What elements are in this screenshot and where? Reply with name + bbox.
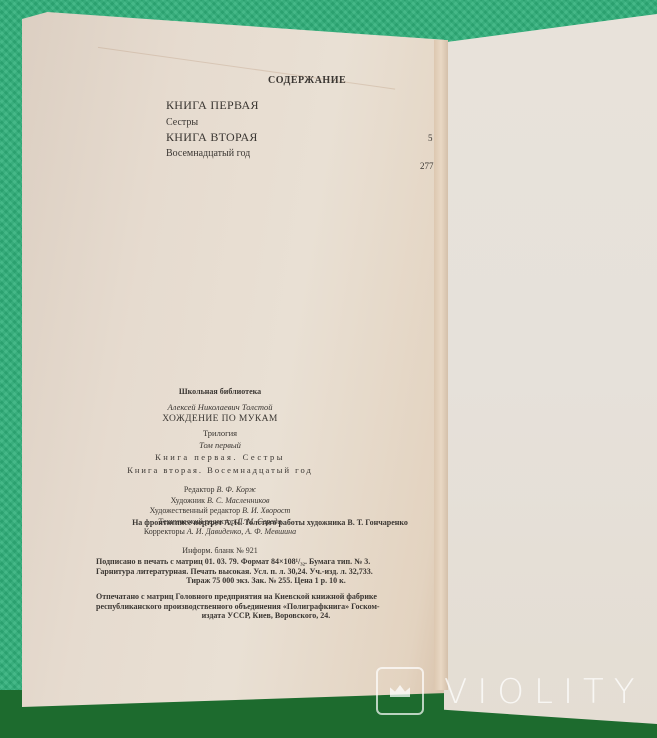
- book-gutter: [434, 40, 448, 690]
- print-line: Подписано в печать с матриц 01. 03. 79. …: [96, 557, 436, 567]
- volume-label: Том первый: [0, 440, 440, 450]
- printer-line: издата УССР, Киев, Воровского, 24.: [96, 611, 436, 621]
- inform-number: Информ. бланк № 921: [0, 546, 440, 555]
- toc-page-number: 5: [428, 133, 433, 143]
- book-one-label: Книга первая. Сестры: [0, 452, 440, 462]
- right-page: [444, 14, 657, 724]
- printer-info: Отпечатано с матриц Головного предприяти…: [96, 592, 436, 621]
- credit-line: Редактор В. Ф. Корж: [0, 485, 440, 496]
- print-details: Подписано в печать с матриц 01. 03. 79. …: [96, 557, 436, 586]
- genre: Трилогия: [0, 428, 440, 438]
- credit-line: Художник В. С. Масленников: [0, 496, 440, 507]
- toc-book-one: КНИГА ПЕРВАЯ: [166, 98, 259, 113]
- toc-book-one-subtitle: Сестры: [166, 117, 198, 128]
- print-line: Тираж 75 000 экз. Зак. № 255. Цена 1 р. …: [96, 576, 436, 586]
- printer-line: республиканского производственного объед…: [96, 602, 436, 612]
- toc-book-two-subtitle: Восемнадцатый год: [166, 148, 250, 159]
- series-name: Школьная библиотека: [0, 387, 440, 396]
- credit-line: Художественный редактор В. И. Хворост: [0, 506, 440, 517]
- crown-icon: [390, 685, 410, 697]
- toc-book-two: КНИГА ВТОРАЯ: [166, 130, 258, 145]
- book-two-label: Книга вторая. Восемнадцатый год: [0, 465, 440, 475]
- frontispiece-note: На фронтисписе портрет А. Н. Толстого ра…: [80, 518, 460, 527]
- print-line: Гарнитура литературная. Печать высокая. …: [96, 567, 436, 577]
- watermark-text: VIOLITY: [444, 672, 645, 712]
- book-title: ХОЖДЕНИЕ ПО МУКАМ: [0, 414, 440, 424]
- credits-list: Редактор В. Ф. Корж Художник В. С. Масле…: [0, 485, 440, 538]
- author-name: Алексей Николаевич Толстой: [0, 402, 440, 412]
- printer-line: Отпечатано с матриц Головного предприяти…: [96, 592, 436, 602]
- contents-heading: СОДЕРЖАНИЕ: [268, 75, 346, 86]
- watermark-logo: [376, 667, 424, 715]
- toc-page-number: 277: [420, 161, 434, 171]
- credit-line: Корректоры А. И. Давиденко, А. Ф. Мевшин…: [0, 527, 440, 538]
